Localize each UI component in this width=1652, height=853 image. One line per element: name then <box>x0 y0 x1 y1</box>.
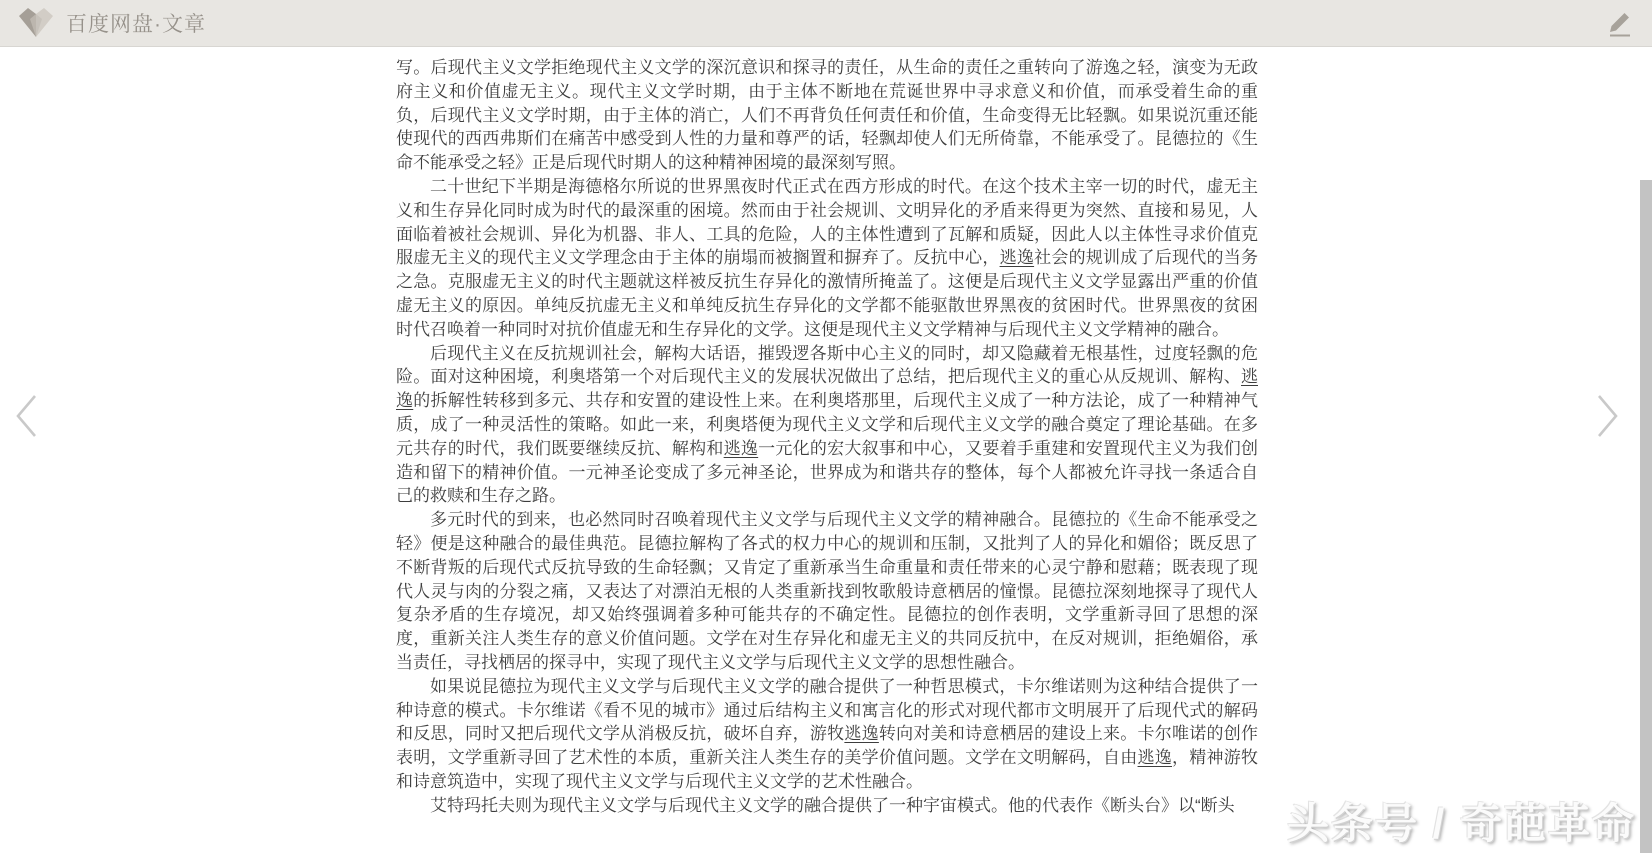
scrollbar-thumb[interactable] <box>1640 180 1652 853</box>
highlighted-term-link[interactable]: 逃逸 <box>1138 748 1173 767</box>
edit-button[interactable] <box>1602 8 1634 40</box>
highlighted-term-link[interactable]: 逃逸 <box>844 724 879 743</box>
article-paragraph: 如果说昆德拉为现代主义文学与后现代主义文学的融合提供了一种哲思模式，卡尔维诺则为… <box>396 675 1258 794</box>
article-paragraph: 写。后现代主义文学拒绝现代主义文学的深沉意识和探寻的责任，从生命的责任之重转向了… <box>396 56 1258 175</box>
page-title: 百度网盘·文章 <box>66 8 206 38</box>
chevron-left-icon <box>14 393 40 439</box>
chevron-right-icon <box>1594 393 1620 439</box>
paper-heart-logo-icon <box>18 7 54 39</box>
watermark-text: 头条号 / 奇葩革命 <box>1287 791 1636 851</box>
app-logo: 百度网盘·文章 <box>18 7 206 39</box>
article-body: 写。后现代主义文学拒绝现代主义文学的深沉意识和探寻的责任，从生命的责任之重转向了… <box>396 47 1258 818</box>
app-header: 百度网盘·文章 <box>0 0 1652 47</box>
highlighted-term-link[interactable]: 逃逸 <box>724 439 759 458</box>
next-page-button[interactable] <box>1590 392 1624 440</box>
prev-page-button[interactable] <box>10 392 44 440</box>
scrollbar-track[interactable] <box>1640 47 1652 853</box>
article-paragraph: 后现代主义在反抗规训社会，解构大话语，摧毁逻各斯中心主义的同时，却又隐藏着无根基… <box>396 342 1258 509</box>
highlighted-term-link[interactable]: 逃逸 <box>1000 248 1035 267</box>
article-paragraph: 艾特玛托夫则为现代主义文学与后现代主义文学的融合提供了一种宇宙模式。他的代表作《… <box>396 794 1258 818</box>
edit-pencil-icon <box>1604 10 1632 38</box>
article-paragraph: 二十世纪下半期是海德格尔所说的世界黑夜时代正式在西方形成的时代。在这个技术主宰一… <box>396 175 1258 342</box>
highlighted-term-link[interactable]: 逃逸 <box>396 367 1258 410</box>
article-paragraph: 多元时代的到来，也必然同时召唤着现代主义文学与后现代主义文学的精神融合。昆德拉的… <box>396 508 1258 675</box>
